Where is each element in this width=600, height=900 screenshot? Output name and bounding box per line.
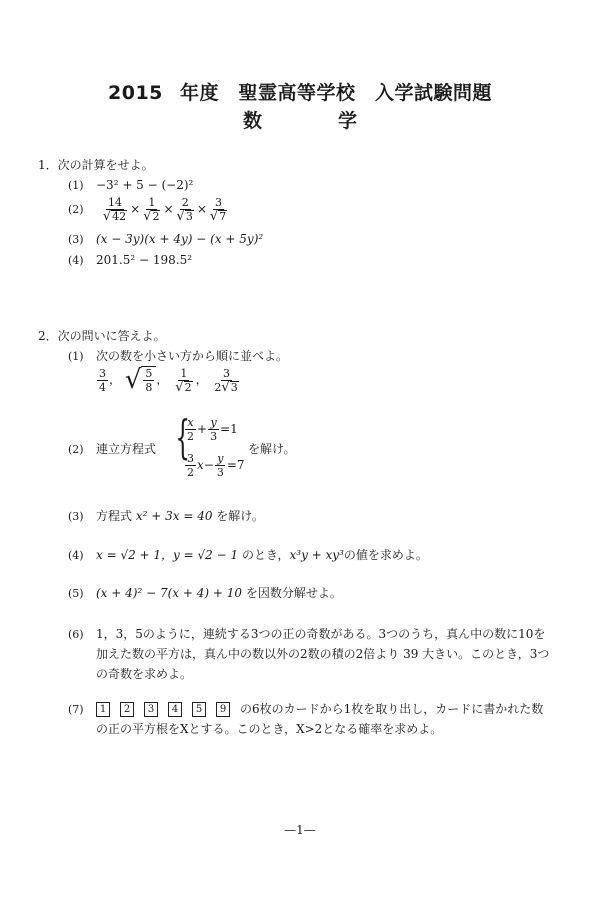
card-2: 2 [120,702,134,717]
s1-q1: (1)−3² + 5 − (−2)² [68,178,193,192]
s2-q7: (7)123459の6枚のカードから1枚を取り出し，カードに書かれた数 [68,700,543,717]
s2-q3: (3)方程式 x² + 3x = 40 を解け。 [68,507,264,524]
s1-q4: (4)201.5² − 198.5² [68,253,192,267]
s2-q2: (2)連立方程式 [68,440,156,457]
s2-q1-values: 34， √58， 1√2， 32√3 [96,366,242,394]
s2-q5: (5)(x + 4)² − 7(x + 4) + 10 を因数分解せよ。 [68,584,342,601]
exam-title: 2015 年度 聖霊高等学校 入学試験問題 [0,78,600,105]
page-number: —1— [0,823,600,837]
s2-q2-suffix: を解け。 [248,440,296,457]
card-9: 9 [216,702,230,717]
s2-q6-line2: 加えた数の平方は，真ん中の数以外の2数の積の2倍より 39 大きい。このとき，3… [96,645,549,662]
s2-q6-line3: の奇数を求めよ。 [96,665,192,682]
s2-q1: (1)次の数を小さい方から順に並べよ。 [68,347,288,364]
card-5: 5 [192,702,206,717]
s1-q3: (3)(x − 3y)(x + 4y) − (x + 5y)² [68,232,263,246]
s2-q2-eq2: 32x−y3=7 [184,452,245,479]
s2-q7-line2: の正の平方根をXとする。このとき，X>2となる確率を求めよ。 [96,720,442,737]
subject-char-2: 学 [338,106,357,133]
s1-q2: (2) 14√42×1√2×2√3×3√7 [68,196,230,223]
s2-q6: (6)1，3，5のように，連続する3つの正の奇数がある。3つのうち，真ん中の数に… [68,625,545,642]
subject-title: 数学 [0,106,600,133]
subject-char-1: 数 [243,106,262,133]
section2-heading: 2．次の問いに答えよ。 [38,327,166,344]
card-3: 3 [144,702,158,717]
s2-q4: (4)x = √2 + 1，y = √2 − 1 のとき，x³y + xy³の値… [68,546,428,563]
section1-heading: 1．次の計算をせよ。 [38,156,154,173]
card-1: 1 [96,702,110,717]
s2-q2-eq1: x2+y3=1 [184,416,238,443]
card-4: 4 [168,702,182,717]
